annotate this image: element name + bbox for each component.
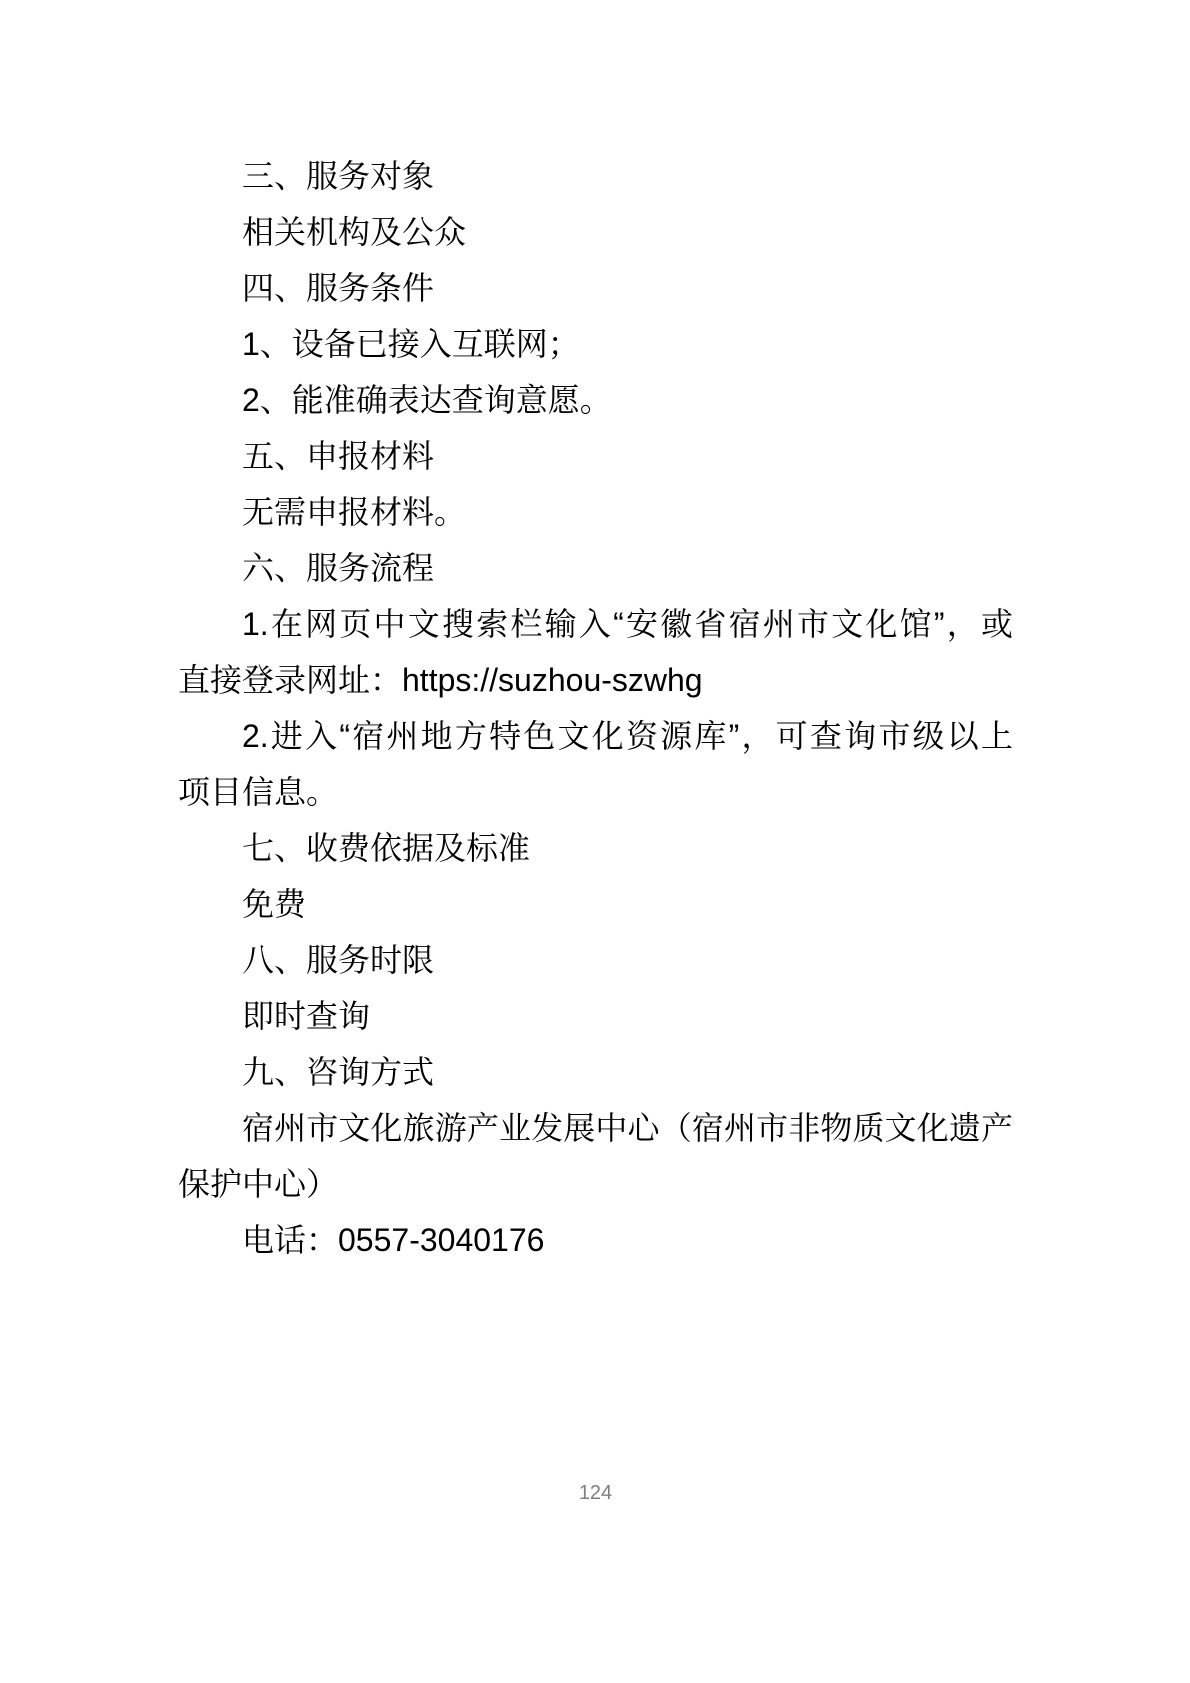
text-line: 六、服务流程 bbox=[178, 540, 1013, 596]
text-line: 保护中心） bbox=[178, 1156, 1013, 1212]
text-line: 即时查询 bbox=[178, 988, 1013, 1044]
text-line: 三、服务对象 bbox=[178, 148, 1013, 204]
text-line: 无需申报材料。 bbox=[178, 484, 1013, 540]
text-line: 相关机构及公众 bbox=[178, 204, 1013, 260]
text-line: 2.进入“宿州地方特色文化资源库”，可查询市级以上 bbox=[178, 708, 1013, 764]
text-line: 四、服务条件 bbox=[178, 260, 1013, 316]
text-line: 1、设备已接入互联网； bbox=[178, 316, 1013, 372]
page-number: 124 bbox=[579, 1482, 612, 1504]
text-line: 直接登录网址：https://suzhou-szwhg bbox=[178, 652, 1013, 708]
text-line: 项目信息。 bbox=[178, 764, 1013, 820]
text-line: 宿州市文化旅游产业发展中心（宿州市非物质文化遗产 bbox=[178, 1100, 1013, 1156]
document-page: 三、服务对象相关机构及公众四、服务条件1、设备已接入互联网；2、能准确表达查询意… bbox=[0, 0, 1190, 1683]
text-line: 五、申报材料 bbox=[178, 428, 1013, 484]
text-line: 电话：0557-3040176 bbox=[178, 1212, 1013, 1268]
document-body: 三、服务对象相关机构及公众四、服务条件1、设备已接入互联网；2、能准确表达查询意… bbox=[178, 148, 1013, 1268]
text-line: 七、收费依据及标准 bbox=[178, 820, 1013, 876]
text-line: 1.在网页中文搜索栏输入“安徽省宿州市文化馆”，或 bbox=[178, 596, 1013, 652]
page-footer: 124 bbox=[178, 1480, 1013, 1506]
text-line: 八、服务时限 bbox=[178, 932, 1013, 988]
text-line: 九、咨询方式 bbox=[178, 1044, 1013, 1100]
text-line: 免费 bbox=[178, 876, 1013, 932]
text-line: 2、能准确表达查询意愿。 bbox=[178, 372, 1013, 428]
